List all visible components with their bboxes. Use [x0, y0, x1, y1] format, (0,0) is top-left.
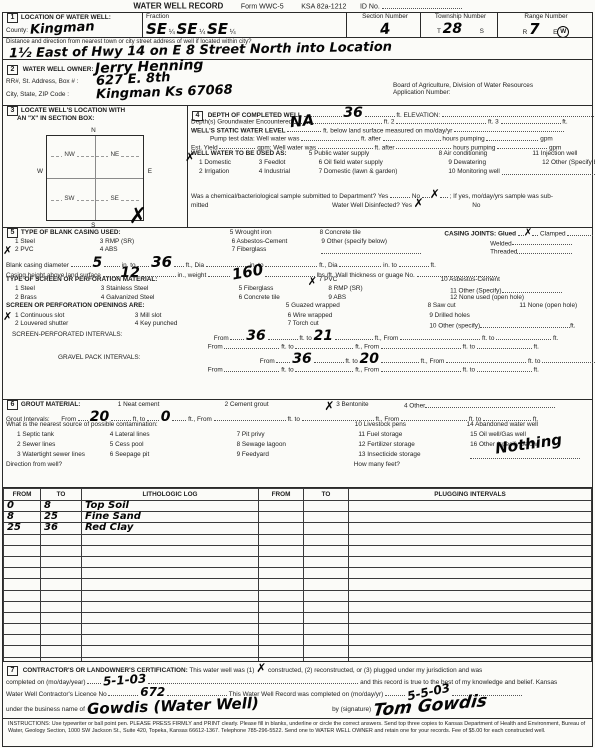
- use-item-3: 3 Feedlot: [259, 159, 317, 168]
- table-row: [4, 556, 592, 567]
- screen-item-5: 5 Fiberglass: [239, 285, 327, 294]
- table-row: 8 25 Fine Sand: [4, 512, 592, 523]
- township-value: 28: [443, 21, 462, 37]
- col-to-right: TO: [304, 489, 349, 501]
- business-name-label: under the business name of: [6, 706, 85, 713]
- opening-item-7: 7 Torch cut: [288, 320, 428, 329]
- range-cell: Range Number R 7 EW: [497, 13, 591, 37]
- opening-item-3: 3 Mill slot: [135, 312, 286, 321]
- section-number-cell: Section Number 4: [346, 13, 420, 37]
- diagram-west: W: [37, 168, 43, 175]
- table-row: [4, 601, 592, 612]
- sample-question-3: mitted: [191, 202, 208, 209]
- form-statute: KSA 82a-1212: [301, 4, 346, 11]
- openings-title: SCREEN OR PERFORATION OPENINGS ARE:: [6, 302, 284, 311]
- litho-from-1: 8: [4, 512, 41, 523]
- instructions-text: INSTRUCTIONS: Use typewriter or ball poi…: [3, 718, 592, 746]
- form-number: Form WWC-5: [241, 4, 284, 11]
- range-value: 7: [529, 20, 539, 38]
- diagram-nw: NW: [62, 151, 77, 158]
- quarter-3: ¼: [230, 29, 236, 36]
- county-value: Kingman: [30, 20, 95, 36]
- certification-title: CONTRACTOR'S OR LANDOWNER'S CERTIFICATIO…: [23, 667, 188, 674]
- col-plugging-intervals: PLUGGING INTERVALS: [349, 489, 592, 501]
- township-s: S: [480, 28, 484, 35]
- casing-item-1: 1 Steel: [6, 238, 98, 247]
- diagram-horizontal-line: [47, 178, 143, 179]
- table-row: [4, 646, 592, 657]
- certification-line1b: This water well was (1): [189, 667, 254, 674]
- screen-item-12: 12 None used (open hole): [450, 294, 524, 303]
- casing-item-2: 2 PVC: [6, 246, 98, 255]
- grout-item-1: 1 Neat cement: [118, 400, 223, 409]
- quarter-1: ¼: [169, 29, 175, 36]
- use-label: WELL WATER TO BE USED AS:: [191, 150, 307, 159]
- water-well-record-page: WATER WELL RECORD Form WWC-5 KSA 82a-121…: [0, 0, 595, 748]
- litho-desc-1: Fine Sand: [82, 512, 259, 523]
- table-row: [4, 635, 592, 646]
- section3-title-2: AN "X" IN SECTION BOX:: [3, 115, 187, 124]
- screen-item-8: 8 RMP (SR): [328, 285, 448, 294]
- diagram-sw: SW: [62, 195, 76, 202]
- table-row: 0 8 Top Soil: [4, 501, 592, 512]
- form-header: WATER WELL RECORD Form WWC-5 KSA 82a-121…: [0, 1, 595, 11]
- opening-item-1: 1 Continuous slot: [6, 312, 133, 321]
- table-row: [4, 568, 592, 579]
- section6-grout: 6GROUT MATERIAL: 1 Neat cement 2 Cement …: [3, 399, 592, 487]
- opening-item-11: 11 None (open hole): [519, 302, 577, 311]
- range-west: W: [560, 28, 566, 35]
- screen-item-6: 6 Concrete tile: [239, 294, 327, 303]
- litho-desc-2: Red Clay: [82, 523, 259, 534]
- litho-to-2: 36: [41, 523, 82, 534]
- opening-item-6: 6 Wire wrapped: [288, 312, 428, 321]
- casing-item-8: 8 Concrete tile: [320, 228, 443, 237]
- contamination-item-4: 4 Lateral lines: [110, 431, 235, 440]
- range-r: R: [523, 29, 528, 36]
- section5-casing: 5TYPE OF BLANK CASING USED: 5 Wrought ir…: [3, 227, 592, 399]
- section-number-value: 4: [379, 21, 391, 37]
- joints-clamped-label: Clamped: [540, 231, 566, 238]
- contamination-label: What is the nearest source of possible c…: [6, 421, 353, 430]
- table-row: [4, 579, 592, 590]
- casing-joints-label: CASING JOINTS: Glued: [444, 231, 516, 238]
- section-location-x-mark: ✗: [129, 206, 147, 228]
- disinfected-yes-x-mark: ✗: [414, 196, 424, 210]
- fraction-2-value: SE: [176, 20, 197, 38]
- table-row: [4, 534, 592, 545]
- use-item-1: 1 Domestic: [191, 159, 257, 168]
- fraction-cell: Fraction SE ¼ SE ¼ SE ¼: [142, 13, 346, 37]
- form-body: 1LOCATION OF WATER WELL: County: Kingman…: [2, 12, 593, 747]
- screen-item-2: 2 Brass: [6, 294, 99, 303]
- certification-line2b: and this record is true to the best of m…: [360, 679, 557, 686]
- business-name-value: Gowdis (Water Well): [86, 696, 258, 717]
- township-t: T: [437, 28, 441, 35]
- owner-label: WATER WELL OWNER:: [23, 66, 94, 73]
- section3-title-1: LOCATE WELL'S LOCATION WITH: [21, 107, 125, 114]
- id-blank: [382, 1, 462, 9]
- use-item-7: 7 Domestic (lawn & garden): [319, 168, 447, 177]
- section2-owner: 2 WATER WELL OWNER: Jerry Henning RR#, S…: [3, 59, 592, 105]
- spi-label: SCREEN-PERFORATED INTERVALS:: [6, 329, 212, 340]
- casing-item-5: 5 Wrought iron: [230, 228, 318, 237]
- table-header-row: FROM TO LITHOLOGIC LOG FROM TO PLUGGING …: [4, 489, 592, 501]
- screen-item-1: 1 Steel: [6, 285, 99, 294]
- table-row: 25 36 Red Clay: [4, 523, 592, 534]
- contamination-item-10: 10 Livestock pens: [355, 421, 465, 430]
- grout-item-4: 4 Other: [404, 403, 425, 410]
- contamination-item-11: 11 Fuel storage: [358, 431, 468, 440]
- quarter-2: ¼: [199, 29, 205, 36]
- section4-well: 4 DEPTH OF COMPLETED WELL 36 ft. ELEVATI…: [188, 106, 595, 228]
- direction-label: Direction from well?: [6, 461, 352, 470]
- screen-item-3: 3 Stainless Steel: [101, 285, 237, 294]
- contamination-item-1: 1 Septic tank: [6, 431, 108, 440]
- table-row: [4, 590, 592, 601]
- use-item-2: 2 Irrigation: [191, 168, 257, 177]
- application-number-label: Application Number:: [393, 89, 533, 96]
- county-cell: 1LOCATION OF WATER WELL: County: Kingman: [3, 13, 142, 37]
- fraction-1-value: SE: [146, 20, 167, 38]
- contamination-item-2: 2 Sewer lines: [6, 441, 108, 450]
- contamination-item-12: 12 Fertilizer storage: [358, 441, 468, 450]
- contamination-item-7: 7 Pit privy: [237, 431, 357, 440]
- contamination-item-13: 13 Insecticide storage: [358, 451, 468, 460]
- opening-item-2: 2 Louvered shutter: [6, 320, 133, 329]
- signature-label: by (signature): [332, 706, 371, 713]
- col-from-right: FROM: [259, 489, 304, 501]
- use-item-10: 10 Monitoring well: [448, 168, 500, 177]
- table-row: [4, 545, 592, 556]
- section6-number: 6: [7, 400, 18, 410]
- litho-desc-0: Top Soil: [82, 501, 259, 512]
- lithologic-table-section: FROM TO LITHOLOGIC LOG FROM TO PLUGGING …: [3, 487, 592, 661]
- grout-item-3: 3 Bentonite: [336, 400, 402, 409]
- id-label: ID No.: [360, 4, 380, 11]
- fraction-3-value: SE: [207, 20, 228, 38]
- contamination-item-5: 5 Cess pool: [110, 441, 235, 450]
- contamination-item-8: 8 Sewage lagoon: [237, 441, 357, 450]
- constructed-x-mark: ✗: [256, 661, 266, 675]
- diagram-north: N: [91, 127, 96, 134]
- section7-certification: 7 CONTRACTOR'S OR LANDOWNER'S CERTIFICAT…: [3, 661, 592, 718]
- section5-number: 5: [7, 228, 18, 238]
- col-lithologic-log: LITHOLOGIC LOG: [82, 489, 259, 501]
- col-to-left: TO: [41, 489, 82, 501]
- casing-item-7: 7 Fiberglass: [232, 246, 320, 255]
- casing-title: TYPE OF BLANK CASING USED:: [21, 229, 121, 236]
- certification-line1c: constructed, (2) reconstructed, or (3) p…: [268, 667, 482, 674]
- range-label: Range Number: [498, 13, 591, 22]
- contamination-item-6: 6 Seepage pit: [110, 451, 235, 460]
- screen-item-10: 10 Asbestos-Cement: [441, 276, 500, 285]
- use-item-6: 6 Oil field water supply: [319, 159, 447, 168]
- lithologic-table: FROM TO LITHOLOGIC LOG FROM TO PLUGGING …: [3, 488, 592, 661]
- distance-row: Distance and direction from nearest town…: [3, 37, 592, 59]
- litho-from-0: 0: [4, 501, 41, 512]
- use-item-9: 9 Dewatering: [448, 159, 540, 168]
- section3-locate: 3LOCATE WELL'S LOCATION WITH AN "X" IN S…: [3, 106, 188, 228]
- city-label: City, State, ZIP Code :: [6, 90, 94, 100]
- casing-item-9: 9 Other (specify below): [321, 238, 444, 247]
- use-item-5: 5 Public water supply: [309, 150, 437, 159]
- grout-item-2: 2 Cement grout: [225, 400, 323, 409]
- screen-item-7: 7 PVC: [319, 276, 439, 285]
- board-note: Board of Agriculture, Division of Water …: [393, 82, 533, 96]
- screen-item-9: 9 ABS: [328, 294, 448, 303]
- use-item-11: 11 Injection well: [532, 150, 577, 159]
- diagram-ne: NE: [108, 151, 121, 158]
- opening-item-5: 5 Guazed wrapped: [286, 302, 426, 311]
- table-row: [4, 624, 592, 635]
- board-line1: Board of Agriculture, Division of Water …: [393, 82, 533, 89]
- use-item-12: 12 Other (Specify below): [542, 159, 595, 168]
- opening-item-8: 8 Saw cut: [428, 302, 518, 311]
- disinfected-no-label: No: [472, 202, 480, 209]
- completed-on-label: completed on (mo/day/year): [6, 679, 86, 686]
- form-title: WATER WELL RECORD: [133, 2, 223, 11]
- opening-item-9: 9 Drilled holes: [429, 312, 470, 321]
- section-diagram: N S W E NW NE SW SE ✗: [46, 135, 144, 221]
- diagram-east: E: [148, 168, 152, 175]
- disinfected-label: Water Well Disinfected? Yes: [332, 202, 412, 209]
- diagram-se: SE: [108, 195, 120, 202]
- col-from-left: FROM: [4, 489, 41, 501]
- table-row: [4, 612, 592, 623]
- township-cell: Township Number T 28 S: [420, 13, 497, 37]
- use-item-8: 8 Air conditioning: [439, 150, 531, 159]
- screen-material-title: TYPE OF SCREEN OR PERFORATION MATERIAL:: [6, 276, 306, 285]
- contamination-item-14: 14 Abandoned water well: [467, 421, 538, 430]
- how-many-feet-label: How many feet?: [354, 461, 400, 470]
- city-value: Kingman Ks 67068: [96, 84, 233, 102]
- license-label: Water Well Contractor's Licence No: [6, 691, 107, 698]
- litho-to-0: 8: [41, 501, 82, 512]
- section1-location: 1LOCATION OF WATER WELL: County: Kingman…: [3, 13, 592, 37]
- contamination-item-9: 9 Feedyard: [237, 451, 357, 460]
- litho-to-1: 25: [41, 512, 82, 523]
- section3-4-row: 3LOCATE WELL'S LOCATION WITH AN "X" IN S…: [3, 105, 592, 227]
- gravel-pack-label: GRAVEL PACK INTERVALS:: [6, 352, 258, 363]
- grout-title: GROUT MATERIAL:: [21, 401, 81, 408]
- contamination-item-3: 3 Watertight sewer lines: [6, 451, 108, 460]
- screen-item-4: 4 Galvanized Steel: [101, 294, 237, 303]
- litho-from-2: 25: [4, 523, 41, 534]
- use-item-4: 4 Industrial: [259, 168, 317, 177]
- casing-item-6: 6 Asbestos-Cement: [232, 238, 320, 247]
- casing-item-3: 3 RMP (SR): [100, 238, 230, 247]
- county-label: County:: [6, 27, 28, 34]
